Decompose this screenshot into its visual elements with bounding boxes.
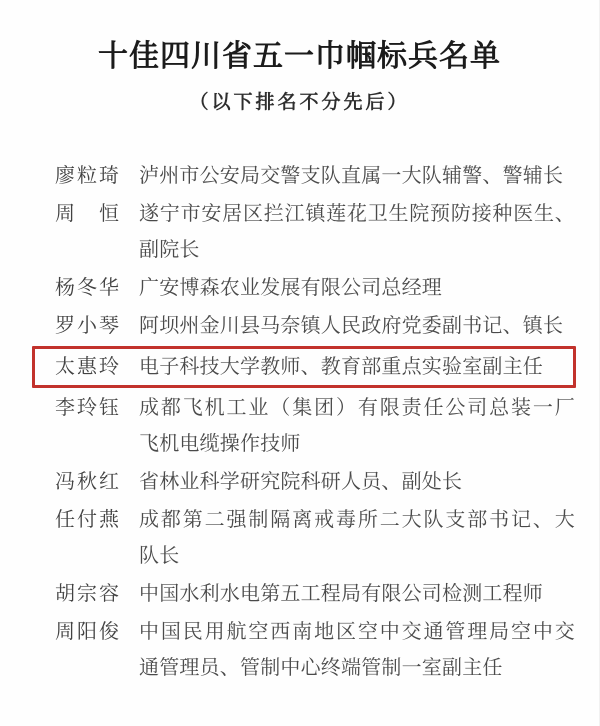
person-title: 电子科技大学教师、教育部重点实验室副主任: [139, 349, 573, 385]
list-item: 杨冬华 广安博森农业发展有限公司总经理: [55, 270, 575, 306]
list-item: 罗小琴 阿坝州金川县马奈镇人民政府党委副书记、镇长: [55, 308, 575, 344]
person-name: 冯秋红: [55, 464, 119, 500]
person-title-line: 电子科技大学教师、教育部重点实验室副主任: [139, 349, 573, 385]
person-title-line: 广安博森农业发展有限公司总经理: [139, 270, 575, 306]
page-subtitle: （以下排名不分先后）: [0, 90, 599, 116]
roster-list: 廖粒琦 泸州市公安局交警支队直属一大队辅警、警辅长 周恒 遂宁市安居区拦江镇莲花…: [0, 158, 599, 686]
person-title-line: 通管理员、管制中心终端管制一室副主任: [139, 650, 575, 686]
person-title-line: 阿坝州金川县马奈镇人民政府党委副书记、镇长: [139, 308, 575, 344]
person-name: 罗小琴: [55, 308, 119, 344]
document-page: 十佳四川省五一巾帼标兵名单 （以下排名不分先后） 廖粒琦 泸州市公安局交警支队直…: [0, 0, 600, 726]
person-title-line: 中国水利水电第五工程局有限公司检测工程师: [139, 576, 575, 612]
person-title: 成都飞机工业（集团）有限责任公司总装一厂 飞机电缆操作技师: [139, 390, 575, 462]
person-title: 中国水利水电第五工程局有限公司检测工程师: [139, 576, 575, 612]
person-title-line: 省林业科学研究院科研人员、副处长: [139, 464, 575, 500]
person-title-line: 飞机电缆操作技师: [139, 426, 575, 462]
list-item: 胡宗容 中国水利水电第五工程局有限公司检测工程师: [55, 576, 575, 612]
person-name: 任付燕: [55, 502, 119, 538]
person-title: 中国民用航空西南地区空中交通管理局空中交 通管理员、管制中心终端管制一室副主任: [139, 614, 575, 686]
person-name: 李玲钰: [55, 390, 119, 426]
person-name: 周恒: [55, 196, 119, 232]
list-item: 廖粒琦 泸州市公安局交警支队直属一大队辅警、警辅长: [55, 158, 575, 194]
person-title: 广安博森农业发展有限公司总经理: [139, 270, 575, 306]
person-title: 遂宁市安居区拦江镇莲花卫生院预防接种医生、 副院长: [139, 196, 575, 268]
person-name: 胡宗容: [55, 576, 119, 612]
person-title-line: 中国民用航空西南地区空中交通管理局空中交: [139, 614, 575, 650]
person-title: 省林业科学研究院科研人员、副处长: [139, 464, 575, 500]
person-title-line: 成都飞机工业（集团）有限责任公司总装一厂: [139, 390, 575, 426]
person-title: 泸州市公安局交警支队直属一大队辅警、警辅长: [139, 158, 575, 194]
person-title-line: 遂宁市安居区拦江镇莲花卫生院预防接种医生、: [139, 196, 575, 232]
person-title-line: 泸州市公安局交警支队直属一大队辅警、警辅长: [139, 158, 575, 194]
highlighted-list-item: 太惠玲 电子科技大学教师、教育部重点实验室副主任: [32, 346, 576, 388]
person-title: 成都第二强制隔离戒毒所二大队支部书记、大 队长: [139, 502, 575, 574]
list-item: 冯秋红 省林业科学研究院科研人员、副处长: [55, 464, 575, 500]
list-item: 周阳俊 中国民用航空西南地区空中交通管理局空中交 通管理员、管制中心终端管制一室…: [55, 614, 575, 686]
person-title-line: 成都第二强制隔离戒毒所二大队支部书记、大: [139, 502, 575, 538]
person-title: 阿坝州金川县马奈镇人民政府党委副书记、镇长: [139, 308, 575, 344]
person-title-line: 队长: [139, 538, 575, 574]
person-title-line: 副院长: [139, 232, 575, 268]
list-item: 任付燕 成都第二强制隔离戒毒所二大队支部书记、大 队长: [55, 502, 575, 574]
page-title: 十佳四川省五一巾帼标兵名单: [0, 36, 599, 78]
person-name: 周阳俊: [55, 614, 119, 650]
list-item: 周恒 遂宁市安居区拦江镇莲花卫生院预防接种医生、 副院长: [55, 196, 575, 268]
person-name: 杨冬华: [55, 270, 119, 306]
person-name: 廖粒琦: [55, 158, 119, 194]
list-item: 李玲钰 成都飞机工业（集团）有限责任公司总装一厂 飞机电缆操作技师: [55, 390, 575, 462]
person-name: 太惠玲: [55, 349, 119, 385]
